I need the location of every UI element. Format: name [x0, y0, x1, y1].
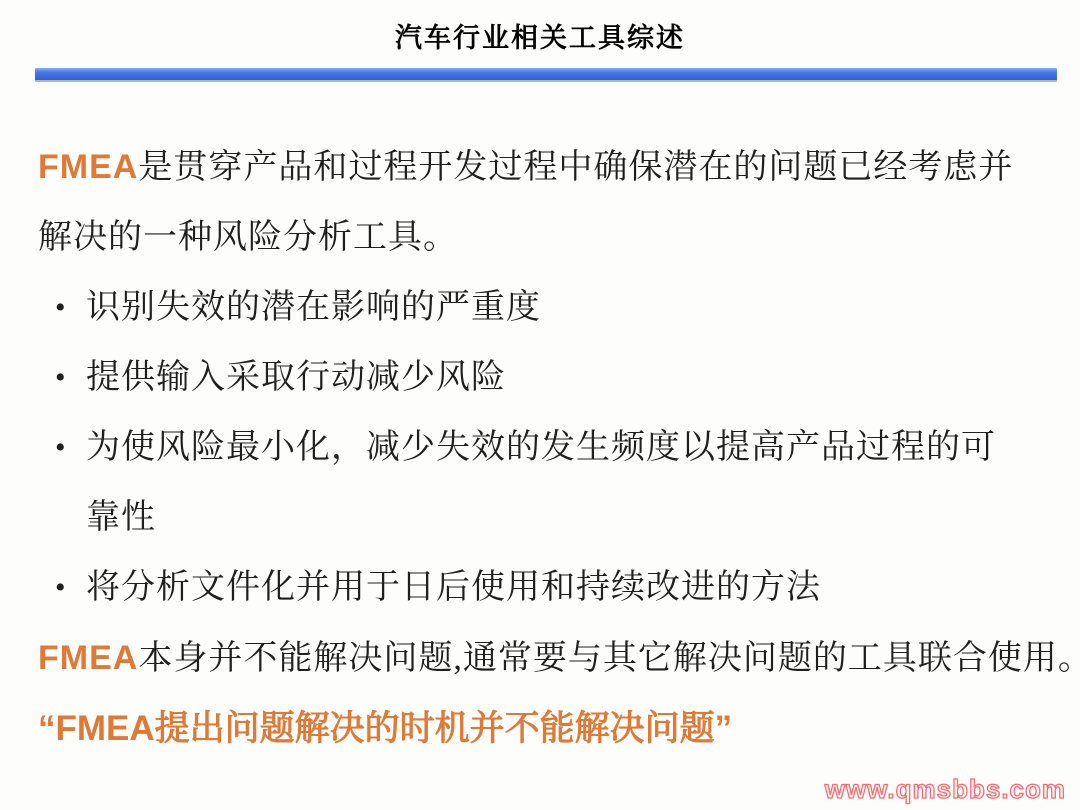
bullet-text: 识别失效的潜在影响的严重度: [86, 273, 541, 343]
bullet-text: 提供输入采取行动减少风险: [86, 343, 506, 413]
slide-body: FMEA是贯穿产品和过程开发过程中确保潜在的问题已经考虑并解决的一种风险分析工具…: [38, 132, 1028, 764]
list-item: • 识别失效的潜在影响的严重度: [38, 273, 1028, 343]
page-title: 汽车行业相关工具综述: [0, 22, 1080, 54]
fmea-highlight: FMEA: [38, 639, 138, 677]
intro-text: 是贯穿产品和过程开发过程中确保潜在的问题已经考虑并解决的一种风险分析工具。: [38, 149, 1013, 256]
list-item: • 为使风险最小化，减少失效的发生频度以提高产品过程的可靠性: [38, 413, 1028, 553]
list-item: • 将分析文件化并用于日后使用和持续改进的方法: [38, 553, 1028, 623]
slide: 汽车行业相关工具综述 FMEA是贯穿产品和过程开发过程中确保潜在的问题已经考虑并…: [0, 22, 1080, 82]
bullet-marker-icon: •: [38, 413, 86, 553]
bullet-text: 将分析文件化并用于日后使用和持续改进的方法: [86, 553, 821, 623]
bullet-text: 为使风险最小化，减少失效的发生频度以提高产品过程的可靠性: [86, 413, 1028, 553]
note-text: 本身并不能解决问题,通常要与其它解决问题的工具联合使用。: [138, 640, 1080, 677]
quote-text: “FMEA提出问题解决的时机并不能解决问题”: [38, 694, 1028, 764]
note-paragraph: FMEA本身并不能解决问题,通常要与其它解决问题的工具联合使用。: [38, 623, 1028, 694]
list-item: • 提供输入采取行动减少风险: [38, 343, 1028, 413]
watermark: www.qmsbbs.com: [825, 774, 1066, 805]
bullet-list: • 识别失效的潜在影响的严重度 • 提供输入采取行动减少风险 • 为使风险最小化…: [38, 273, 1028, 623]
bullet-marker-icon: •: [38, 343, 86, 413]
bullet-marker-icon: •: [38, 273, 86, 343]
fmea-highlight: FMEA: [38, 148, 138, 186]
bullet-marker-icon: •: [38, 553, 86, 623]
intro-paragraph: FMEA是贯穿产品和过程开发过程中确保潜在的问题已经考虑并解决的一种风险分析工具…: [38, 132, 1028, 273]
divider-bar: [35, 68, 1057, 82]
